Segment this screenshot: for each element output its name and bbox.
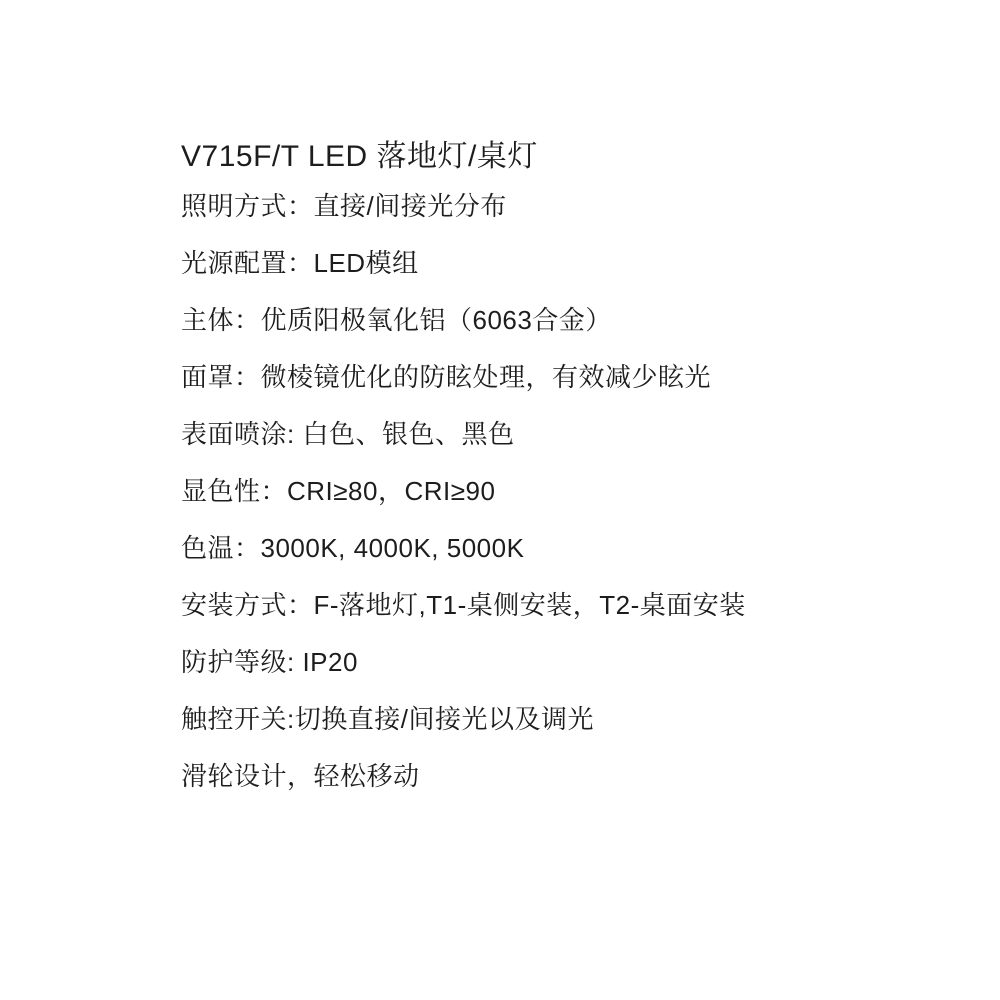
spec-line-light-source: 光源配置：LED模组 bbox=[181, 250, 901, 276]
spec-line-color-temp: 色温：3000K, 4000K, 5000K bbox=[181, 535, 901, 561]
spec-line-body-material: 主体：优质阳极氧化铝（6063合金） bbox=[181, 307, 901, 333]
spec-line-ip-rating: 防护等级: IP20 bbox=[181, 649, 901, 675]
product-spec-page: V715F/T LED 落地灯/桌灯 照明方式：直接/间接光分布 光源配置：LE… bbox=[0, 0, 1000, 1000]
spec-line-casters: 滑轮设计，轻松移动 bbox=[181, 763, 901, 789]
product-title: V715F/T LED 落地灯/桌灯 bbox=[181, 140, 901, 174]
spec-line-lighting-mode: 照明方式：直接/间接光分布 bbox=[181, 193, 901, 219]
spec-line-mounting: 安装方式：F-落地灯,T1-桌侧安装，T2-桌面安装 bbox=[181, 592, 901, 618]
spec-line-surface-finish: 表面喷涂: 白色、银色、黑色 bbox=[181, 421, 901, 447]
spec-content: V715F/T LED 落地灯/桌灯 照明方式：直接/间接光分布 光源配置：LE… bbox=[181, 140, 901, 820]
spec-line-touch-switch: 触控开关:切换直接/间接光以及调光 bbox=[181, 706, 901, 732]
spec-line-diffuser: 面罩：微棱镜优化的防眩处理，有效减少眩光 bbox=[181, 364, 901, 390]
spec-line-cri: 显色性：CRI≥80，CRI≥90 bbox=[181, 478, 901, 504]
